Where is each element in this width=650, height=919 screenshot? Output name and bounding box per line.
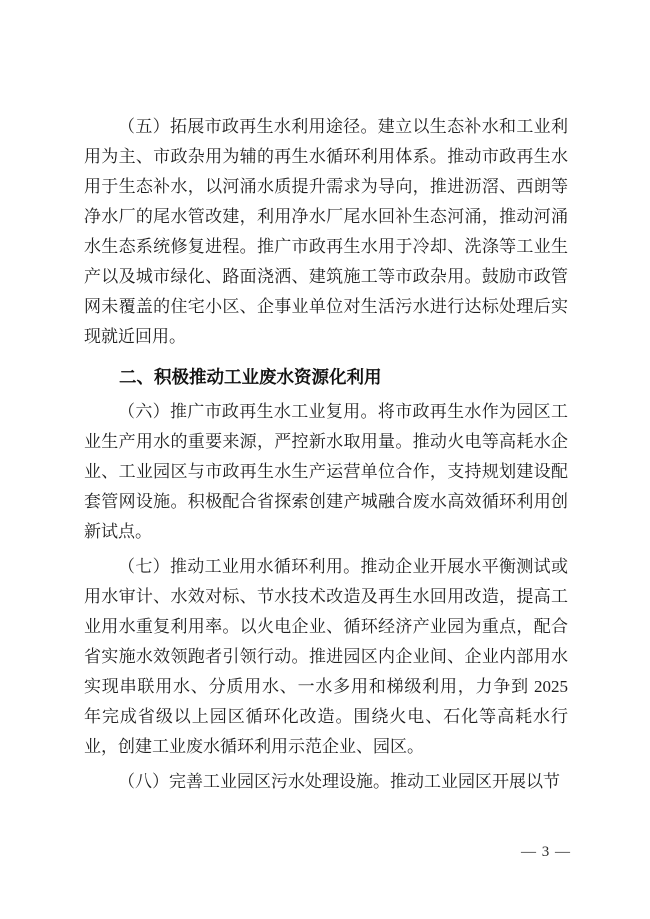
document-body: （五）拓展市政再生水利用途径。建立以生态补水和工业利用为主、市政杂用为辅的再生水…	[84, 112, 568, 802]
paragraph-item-6: （六）推广市政再生水工业复用。将市政再生水作为园区工业生产用水的重要来源，严控新…	[84, 397, 568, 547]
page-number: — 3 —	[521, 844, 571, 861]
paragraph-item-7: （七）推动工业用水循环利用。推动企业开展水平衡测试或用水审计、水效对标、节水技术…	[84, 552, 568, 762]
document-page: （五）拓展市政再生水利用途径。建立以生态补水和工业利用为主、市政杂用为辅的再生水…	[0, 0, 650, 919]
section-heading-2: 二、积极推动工业废水资源化利用	[84, 362, 568, 392]
paragraph-item-8: （八）完善工业园区污水处理设施。推动工业园区开展以节	[84, 767, 568, 797]
paragraph-item-5: （五）拓展市政再生水利用途径。建立以生态补水和工业利用为主、市政杂用为辅的再生水…	[84, 112, 568, 352]
